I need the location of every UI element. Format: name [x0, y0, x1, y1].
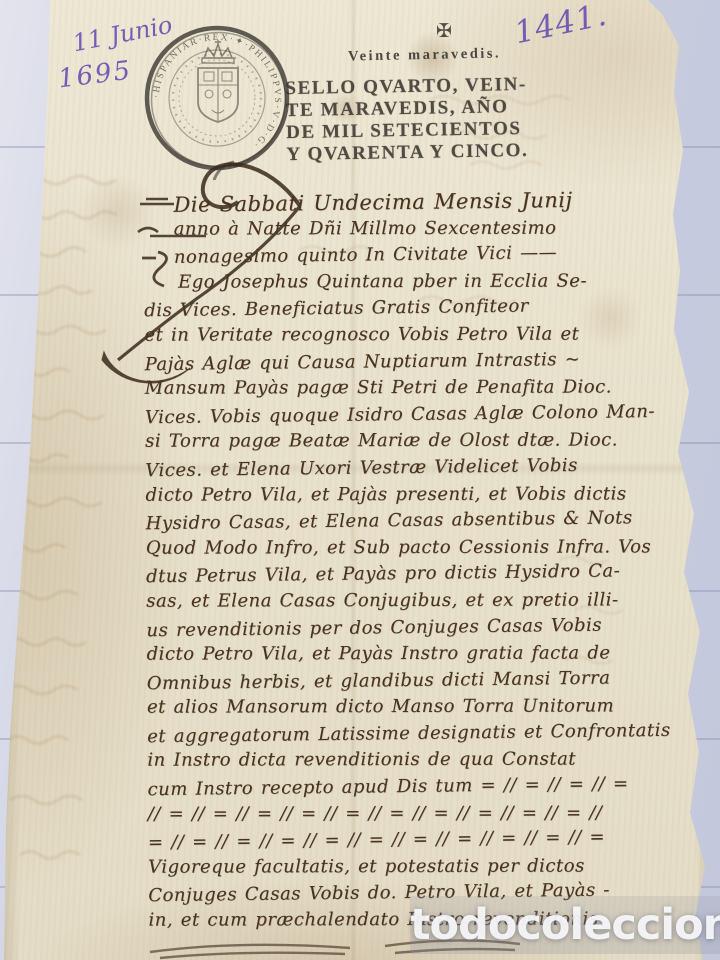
manuscript-line: Die Sabbati Undecima Mensis Junij [143, 186, 667, 219]
manuscript-line: sas, et Elena Casas Conjugibus, et ex pr… [146, 587, 670, 615]
manuscript-paper-sheet: ·HISPANIAR·REX·✦·PHILIPPVS·V·D·G· [0, 0, 720, 960]
manuscript-line: = // = // = // = // = // = // = // = // … [148, 824, 672, 857]
manuscript-line: et alios Mansorum dicto Manso Torra Unit… [147, 694, 671, 722]
manuscript-line: // = // = // = // = // = // = // = // = … [148, 800, 672, 828]
manuscript-line: Mansum Payàs pagæ Sti Petri de Penafita … [145, 374, 669, 402]
todocoleccion-watermark: todocoleccion [410, 896, 720, 954]
manuscript-line: Vices. et Elena Uxori Vestræ Videlicet V… [145, 452, 669, 485]
manuscript-line: et in Veritate recognosco Vobis Petro Vi… [144, 321, 668, 349]
manuscript-line: us revenditionis per dos Conjuges Casas … [146, 611, 670, 644]
manuscript-line: Pajàs Aglæ qui Causa Nuptiarum Intrastis… [144, 345, 668, 378]
manuscript-line: nonagesimo quinto In Civitate Vici —— [144, 239, 668, 272]
manuscript-line: dicto Petro Vila, et Pajàs presenti, et … [146, 481, 670, 509]
photo-of-manuscript: ·HISPANIAR·REX·✦·PHILIPPVS·V·D·G· [0, 0, 720, 960]
manuscript-line: dis Vices. Beneficiatus Gratis Confiteor [144, 292, 668, 325]
manuscript-line: cum Instro recepto apud Dis tum = // = /… [147, 771, 671, 804]
manuscript-body-text: Die Sabbati Undecima Mensis Junijanno à … [143, 187, 672, 935]
manuscript-line: in Instro dicta revenditionis de qua Con… [147, 747, 671, 775]
manuscript-line: anno à Natte Dñi Millmo Sexcentesimo [144, 215, 668, 243]
manuscript-line: si Torra pagæ Beatæ Mariæ de Olost dtæ. … [145, 428, 669, 456]
manuscript-line: Hysidro Casas, et Elena Casas absentibus… [146, 505, 670, 538]
manuscript-line: dtus Petrus Vila, et Payàs pro dictis Hy… [146, 558, 670, 591]
manuscript-line: dicto Petro Vila, et Payàs Instro gratia… [147, 640, 671, 668]
